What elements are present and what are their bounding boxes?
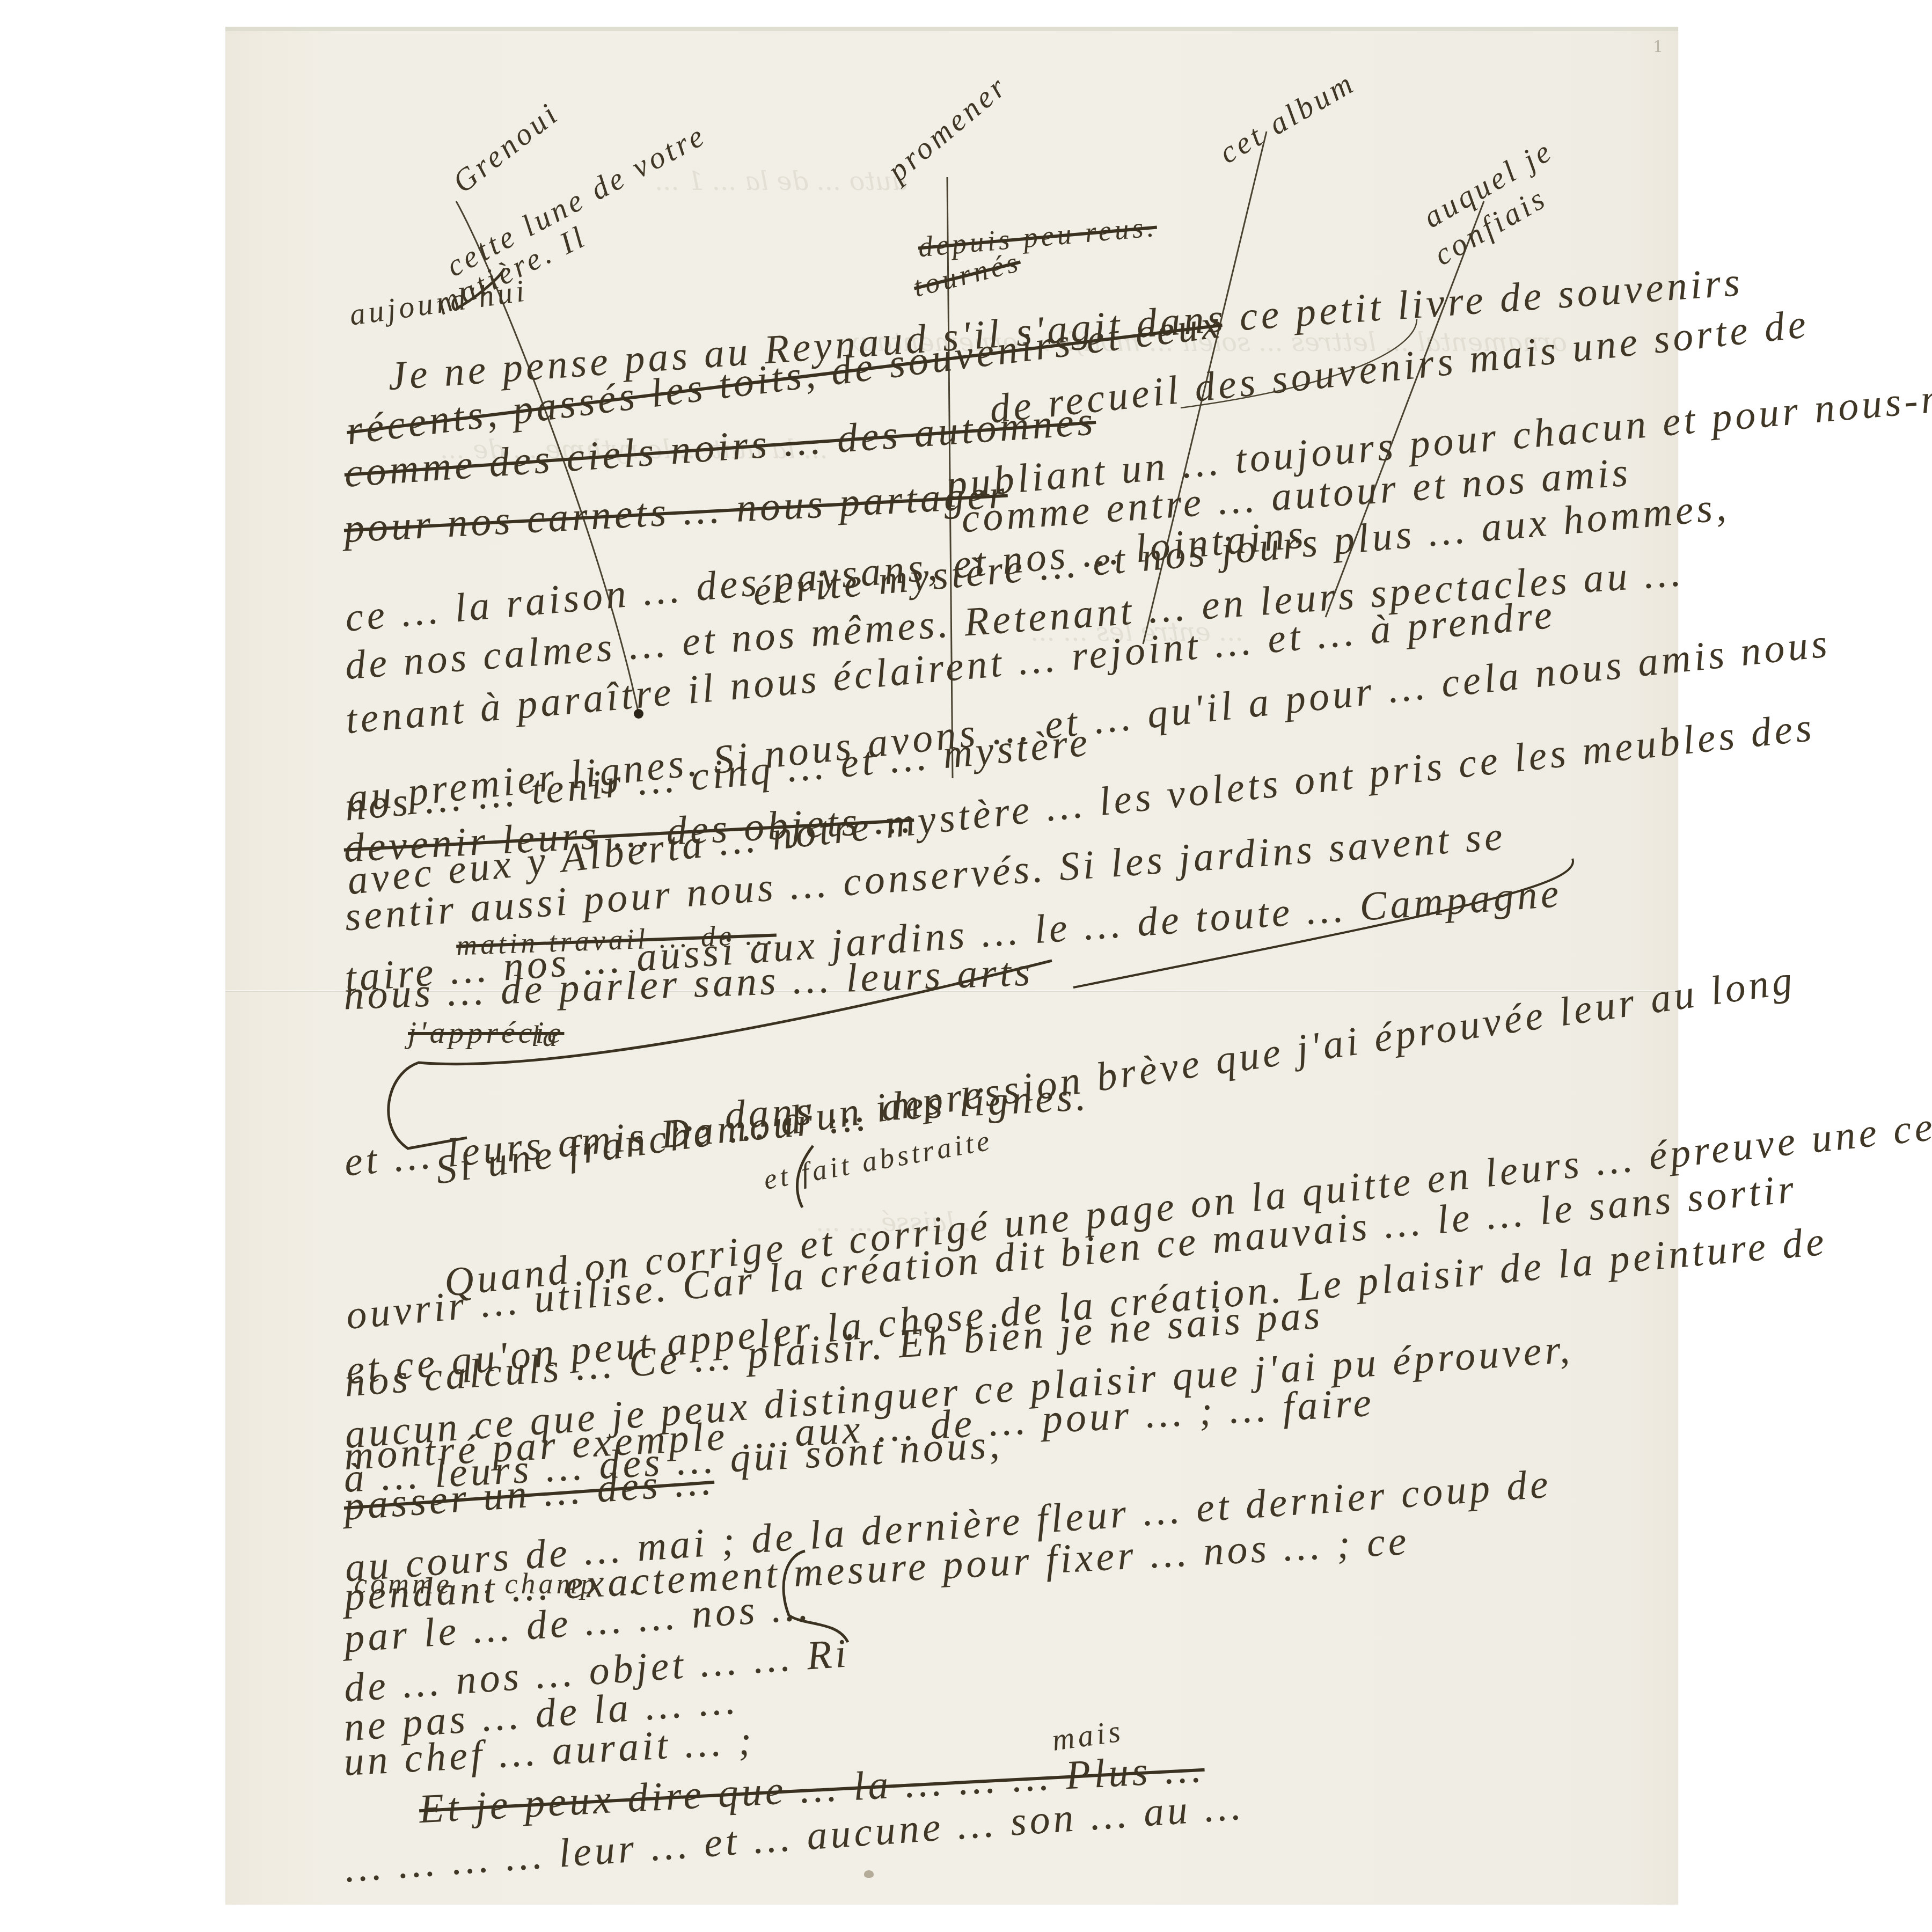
manuscript-line: comme ... champ ... (354, 1567, 640, 1600)
bleed-through-text: auto ... de la ... 1 ... (655, 166, 907, 196)
page-number-mark: 1 (1653, 38, 1663, 56)
ink-blot (864, 1870, 874, 1878)
paper-top-edge (225, 27, 1678, 31)
interlinear-word: la (531, 1020, 560, 1053)
